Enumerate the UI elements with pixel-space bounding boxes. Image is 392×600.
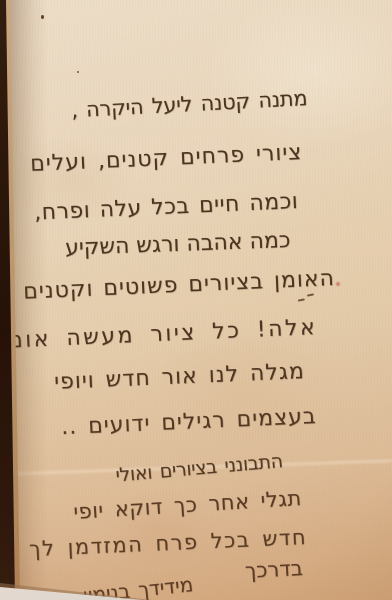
foxing-speck — [336, 282, 340, 286]
book-page-photo: מתנה קטנה ליעל היקרה , ציורי פרחים קטנים… — [0, 0, 392, 600]
ink-speck — [77, 71, 79, 73]
handwriting-line-12: בדרכך — [245, 556, 304, 584]
